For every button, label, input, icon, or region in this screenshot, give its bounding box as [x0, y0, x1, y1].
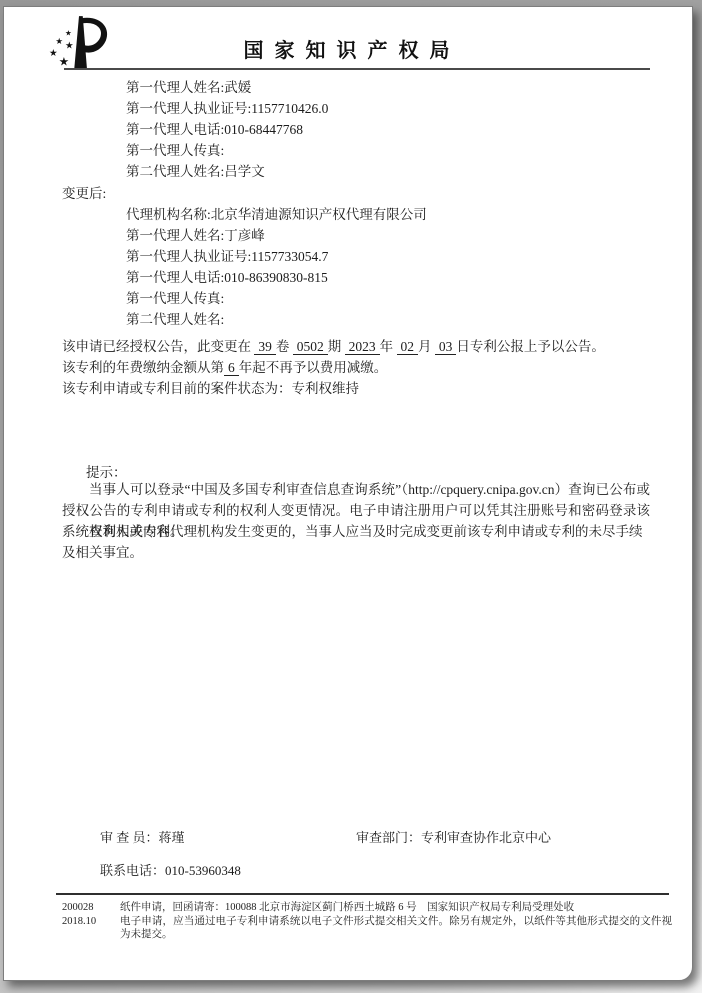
department-name: 专利审查协作北京中心 — [421, 830, 551, 845]
footer-paper-filing-line: 纸件申请，回函请寄：100088 北京市海淀区蓟门桥西土城路 6 号 国家知识产… — [120, 901, 672, 915]
department-row: 审查部门：专利审查协作北京中心 — [356, 829, 551, 847]
examiner-row: 审 查 员：蒋瑾 — [100, 829, 185, 847]
gazette-month: 02 — [397, 339, 419, 355]
before-change-block: 第一代理人姓名:武媛 第一代理人执业证号:1157710426.0 第一代理人电… — [126, 77, 328, 182]
announcement-text: 月 — [418, 339, 432, 354]
field-line-agent2-name: 第二代理人姓名:吕学文 — [126, 161, 328, 182]
document-page: ★ ★ ★ ★ ★ 国 家 知 识 产 权 局 第一代理人姓名:武媛 第一代理人… — [3, 6, 693, 981]
announcement-line-fee: 该专利的年费缴纳金额从第6年起不再予以费用减缴。 — [62, 357, 662, 378]
gazette-volume: 39 — [254, 339, 276, 355]
announcement-line-status: 该专利申请或专利目前的案件状态为：专利权维持 — [62, 378, 662, 399]
field-line-agent1-license: 第一代理人执业证号:1157733054.7 — [126, 246, 427, 267]
announcement-text: 年起不再予以费用减缴。 — [239, 360, 388, 375]
examiner-name: 蒋瑾 — [159, 830, 185, 845]
fee-year-number: 6 — [224, 360, 239, 376]
gazette-issue: 0502 — [293, 339, 328, 355]
footer-instructions: 纸件申请，回函请寄：100088 北京市海淀区蓟门桥西土城路 6 号 国家知识产… — [120, 901, 672, 942]
field-line-agent1-name: 第一代理人姓名:武媛 — [126, 77, 328, 98]
field-line-agent1-license: 第一代理人执业证号:1157710426.0 — [126, 98, 328, 119]
field-line-agent1-phone: 第一代理人电话:010-68447768 — [126, 119, 328, 140]
footer-e-filing-line: 电子申请，应当通过电子专利申请系统以电子文件形式提交相关文件。除另有规定外，以纸… — [120, 915, 672, 942]
after-change-block: 代理机构名称:北京华清迪源知识产权代理有限公司 第一代理人姓名:丁彦峰 第一代理… — [126, 204, 427, 330]
notice-paragraph-obligations: 权利人或专利代理机构发生变更的，当事人应当及时完成变更前该专利申请或专利的未尽手… — [62, 521, 650, 563]
agency-title: 国 家 知 识 产 权 局 — [4, 34, 692, 63]
document-background: { "header": { "agency_title": "国 家 知 识 产… — [0, 0, 702, 993]
form-date: 2018.10 — [62, 915, 96, 929]
footer-divider — [56, 893, 669, 895]
form-code: 200028 — [62, 901, 96, 915]
gazette-year: 2023 — [345, 339, 380, 355]
field-line-agent1-fax: 第一代理人传真: — [126, 288, 427, 309]
department-label: 审查部门： — [356, 830, 421, 845]
field-line-agent1-fax: 第一代理人传真: — [126, 140, 328, 161]
field-line-agent2-name: 第二代理人姓名: — [126, 309, 427, 330]
contact-phone-row: 联系电话：010-53960348 — [100, 862, 241, 880]
announcement-text: 日专利公报上予以公告。 — [456, 339, 605, 354]
examiner-label: 审 查 员： — [100, 830, 159, 845]
announcement-paragraph: 该申请已经授权公告，此变更在 39卷 0502期 2023年 02月 03日专利… — [62, 336, 662, 399]
announcement-text: 年 — [380, 339, 394, 354]
phone-number: 010-53960348 — [165, 863, 241, 878]
announcement-text: 期 — [328, 339, 342, 354]
field-line-agent1-phone: 第一代理人电话:010-86390830-815 — [126, 267, 427, 288]
field-line-agent1-name: 第一代理人姓名:丁彦峰 — [126, 225, 427, 246]
gazette-day: 03 — [435, 339, 457, 355]
header-divider — [64, 68, 650, 70]
announcement-text: 该申请已经授权公告，此变更在 — [62, 339, 251, 354]
phone-label: 联系电话： — [100, 863, 165, 878]
form-code-block: 200028 2018.10 — [62, 901, 96, 928]
after-change-label: 变更后: — [62, 183, 106, 204]
field-line-agency-name: 代理机构名称:北京华清迪源知识产权代理有限公司 — [126, 204, 427, 225]
announcement-line-publication: 该申请已经授权公告，此变更在 39卷 0502期 2023年 02月 03日专利… — [62, 336, 662, 357]
announcement-text: 该专利的年费缴纳金额从第 — [62, 360, 224, 375]
announcement-text: 卷 — [276, 339, 290, 354]
